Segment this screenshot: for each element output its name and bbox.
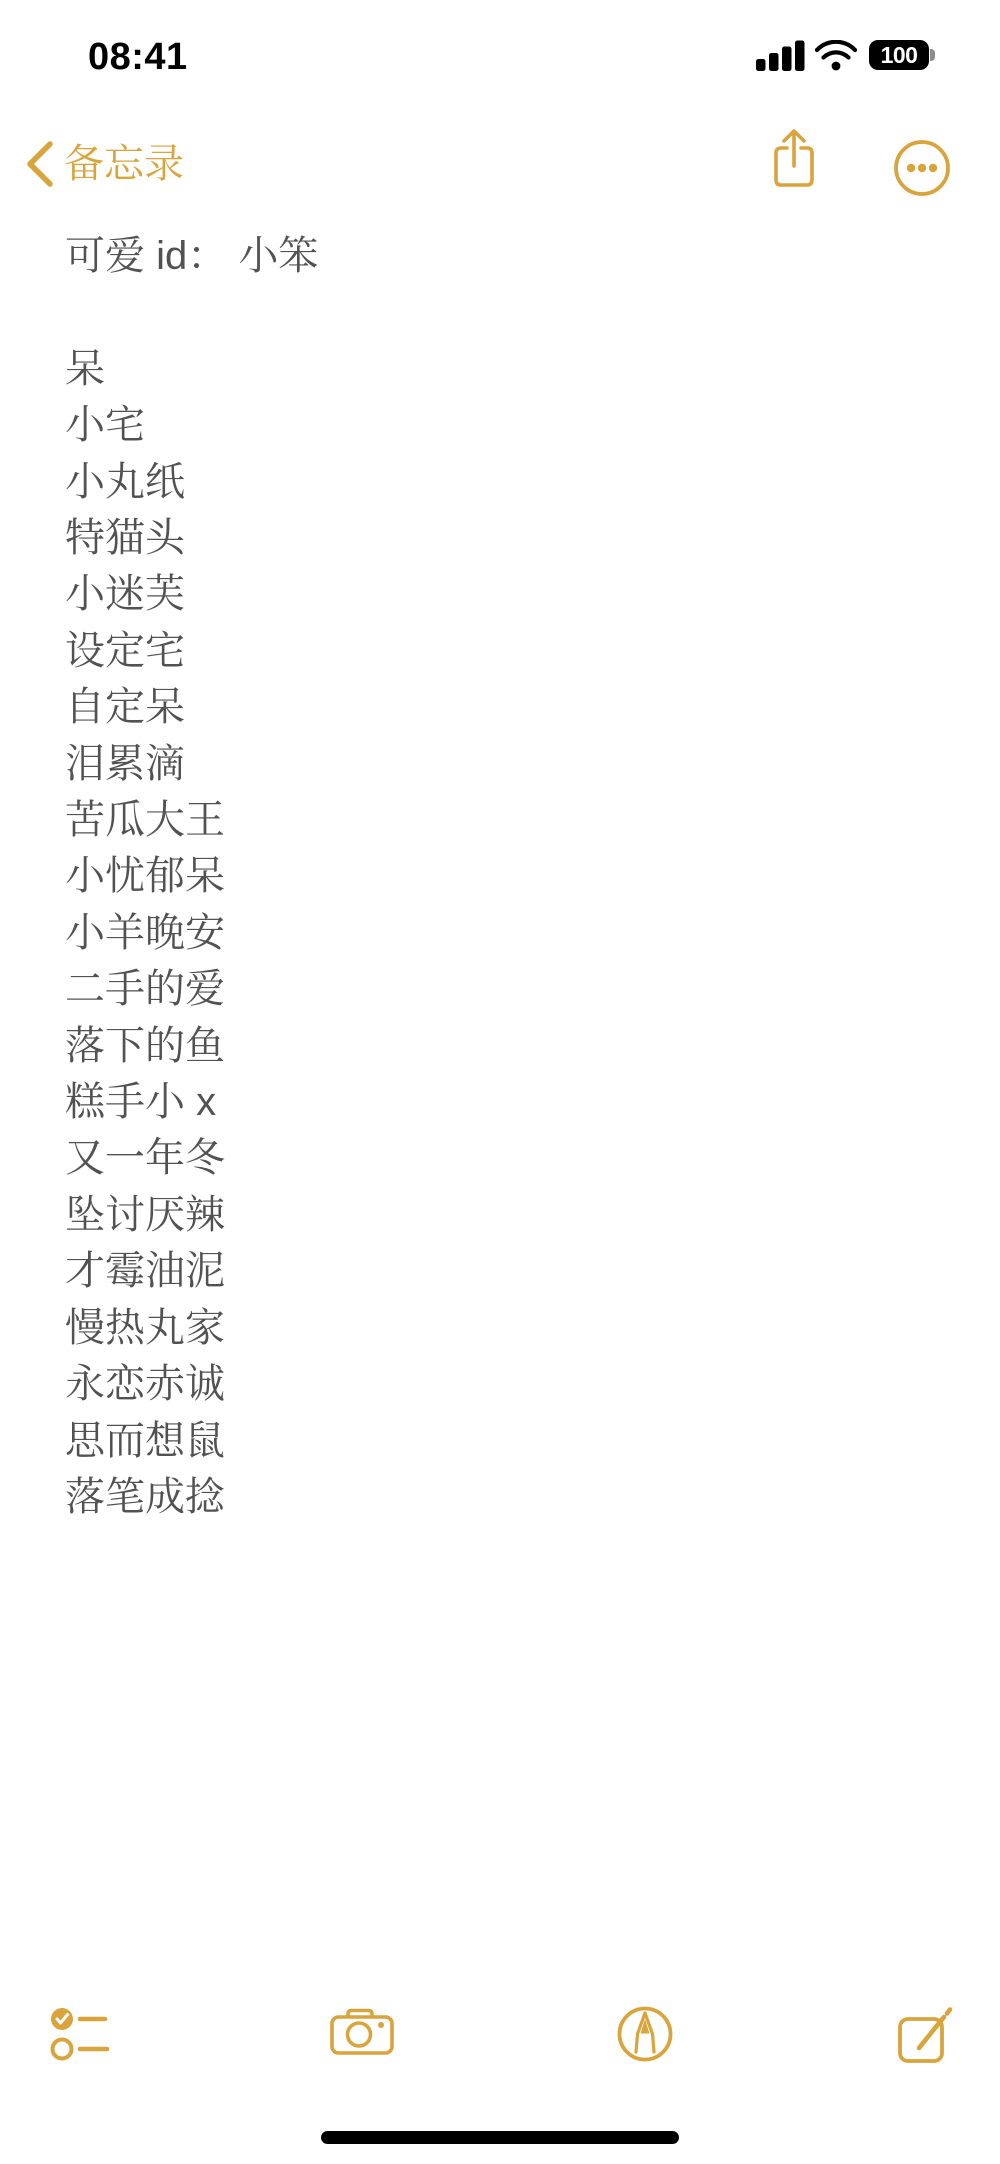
back-button[interactable]: 备忘录 [24,138,184,190]
status-time: 08:41 [88,36,188,79]
markup-pen-icon [616,2005,674,2063]
note-title: 可爱 id： 小笨 [65,228,960,284]
note-list-item: 慢热丸家 [65,1300,960,1356]
note-list-item: 小迷芙 [65,566,960,622]
note-list-item: 泪累滴 [65,736,960,792]
home-indicator[interactable] [321,2131,679,2144]
battery-cap [930,49,935,61]
note-list-item: 落下的鱼 [65,1018,960,1074]
note-body[interactable]: 可爱 id： 小笨 呆小宅小丸纸特猫头小迷芙设定宅自定呆泪累滴苦瓜大王小忧郁呆小… [65,228,960,1525]
markup-button[interactable] [616,2005,674,2068]
cellular-signal-icon [756,39,806,71]
note-list: 呆小宅小丸纸特猫头小迷芙设定宅自定呆泪累滴苦瓜大王小忧郁呆小羊晚安二手的爱落下的… [65,341,960,1526]
note-list-item: 糕手小 x [65,1074,960,1130]
note-list-item: 自定呆 [65,679,960,735]
note-list-item: 又一年冬 [65,1130,960,1186]
share-button[interactable] [771,126,817,195]
note-list-item: 永恋赤诚 [65,1356,960,1412]
compose-icon [897,2004,955,2064]
note-list-item: 苦瓜大王 [65,792,960,848]
wifi-icon [815,40,857,71]
camera-button[interactable] [330,2008,394,2061]
note-list-item: 小羊晚安 [65,905,960,961]
note-list-item: 设定宅 [65,623,960,679]
note-list-item: 坠讨厌辣 [65,1187,960,1243]
note-list-item: 小丸纸 [65,454,960,510]
back-chevron-icon [24,140,54,188]
note-list-item: 小忧郁呆 [65,848,960,904]
share-icon [771,126,817,190]
checklist-button[interactable] [50,2006,110,2067]
compose-button[interactable] [897,2004,955,2069]
note-list-item: 思而想鼠 [65,1413,960,1469]
note-list-item: 小宅 [65,397,960,453]
battery-icon: 100 [869,40,929,70]
blank-line [65,284,960,340]
camera-icon [330,2008,394,2056]
battery-percent: 100 [881,42,918,69]
more-ellipsis-icon [893,139,951,197]
back-button-label: 备忘录 [64,138,184,190]
note-list-item: 才霉油泥 [65,1243,960,1299]
note-list-item: 二手的爱 [65,961,960,1017]
note-list-item: 落笔成捻 [65,1469,960,1525]
note-list-item: 特猫头 [65,510,960,566]
more-options-button[interactable] [893,139,951,202]
checklist-icon [50,2006,110,2062]
note-list-item: 呆 [65,341,960,397]
